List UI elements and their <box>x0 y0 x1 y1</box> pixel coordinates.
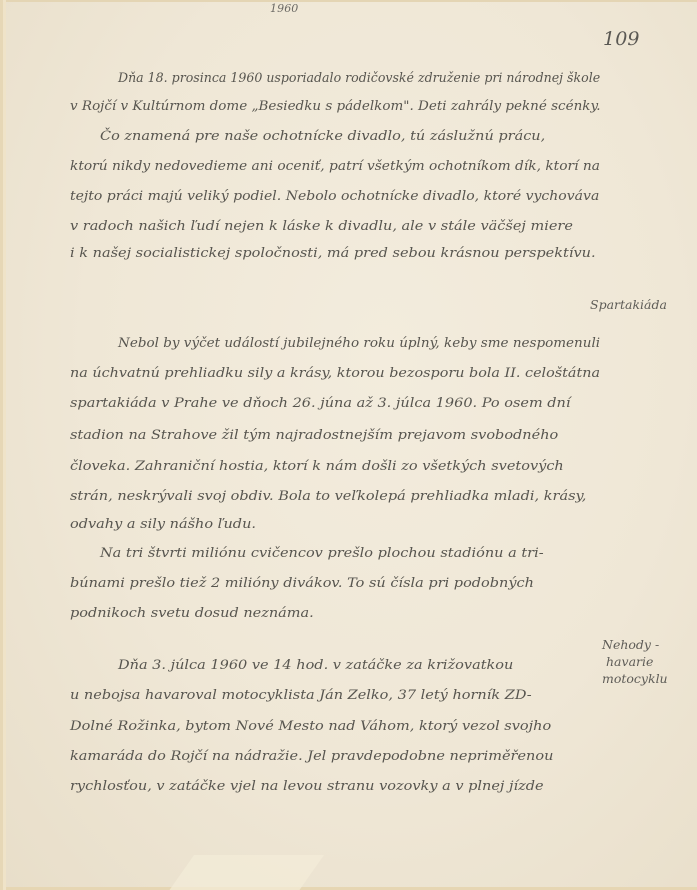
text-line: odvahy a sily nášho ľudu. <box>70 516 256 531</box>
text-line: rychlosťou, v zatáčke vjel na levou stra… <box>70 778 544 793</box>
text-line: človeka. Zahraniční hostia, ktorí k nám … <box>70 458 564 473</box>
text-line: búnami prešlo tiež 2 milióny divákov. To… <box>70 575 534 590</box>
text-line: na úchvatnú prehliadku sily a krásy, kto… <box>70 365 600 380</box>
text-line: strán, neskrývali svoj obdiv. Bola to ve… <box>70 488 586 503</box>
text-line: Nebol by výčet událostí jubilejného roku… <box>118 335 600 350</box>
text-line: Dolné Rožinka, bytom Nové Mesto nad Váho… <box>70 718 551 733</box>
text-line: tejto práci majú veliký podiel. Nebolo o… <box>70 188 599 203</box>
margin-note-line: motocyklu <box>602 670 668 687</box>
text-line: ktorú nikdy nedovedieme ani oceniť, patr… <box>70 158 600 173</box>
manuscript-page: 1960 109 Dňa 18. prosinca 1960 usporiada… <box>0 0 697 890</box>
text-line: v radoch našich ľudí nejen k láske k div… <box>70 218 573 233</box>
margin-note-line: Spartakiáda <box>590 296 667 313</box>
margin-note-nehody: Nehody - havarie motocyklu <box>602 636 668 687</box>
paper-stain <box>166 855 324 890</box>
text-line: u nebojsa havaroval motocyklista Ján Zel… <box>70 687 532 702</box>
text-line: Dňa 18. prosinca 1960 usporiadalo rodičo… <box>118 70 600 85</box>
text-line: spartakiáda v Prahe ve dňoch 26. júna až… <box>70 395 571 410</box>
margin-note-line: Nehody - <box>602 636 668 653</box>
text-line: Dňa 3. júlca 1960 ve 14 hod. v zatáčke z… <box>118 657 513 672</box>
text-line: i k našej socialistickej spoločnosti, má… <box>70 245 596 260</box>
header-year: 1960 <box>270 2 298 15</box>
text-line: Na tri štvrti miliónu cvičencov prešlo p… <box>100 545 544 560</box>
text-line: podnikoch svetu dosud neznáma. <box>70 605 314 620</box>
page-number: 109 <box>603 28 640 50</box>
text-line: stadion na Strahove žil tým najradostnej… <box>70 427 558 442</box>
text-line: Čo znamená pre naše ochotnícke divadlo, … <box>100 128 545 143</box>
margin-note-spartakiada: Spartakiáda <box>590 296 667 313</box>
text-line: kamaráda do Rojčí na nádražie. Jel pravd… <box>70 748 553 763</box>
margin-note-line: havarie <box>602 653 668 670</box>
text-line: v Rojčí v Kultúrnom dome „Besiedku s pád… <box>70 98 601 113</box>
